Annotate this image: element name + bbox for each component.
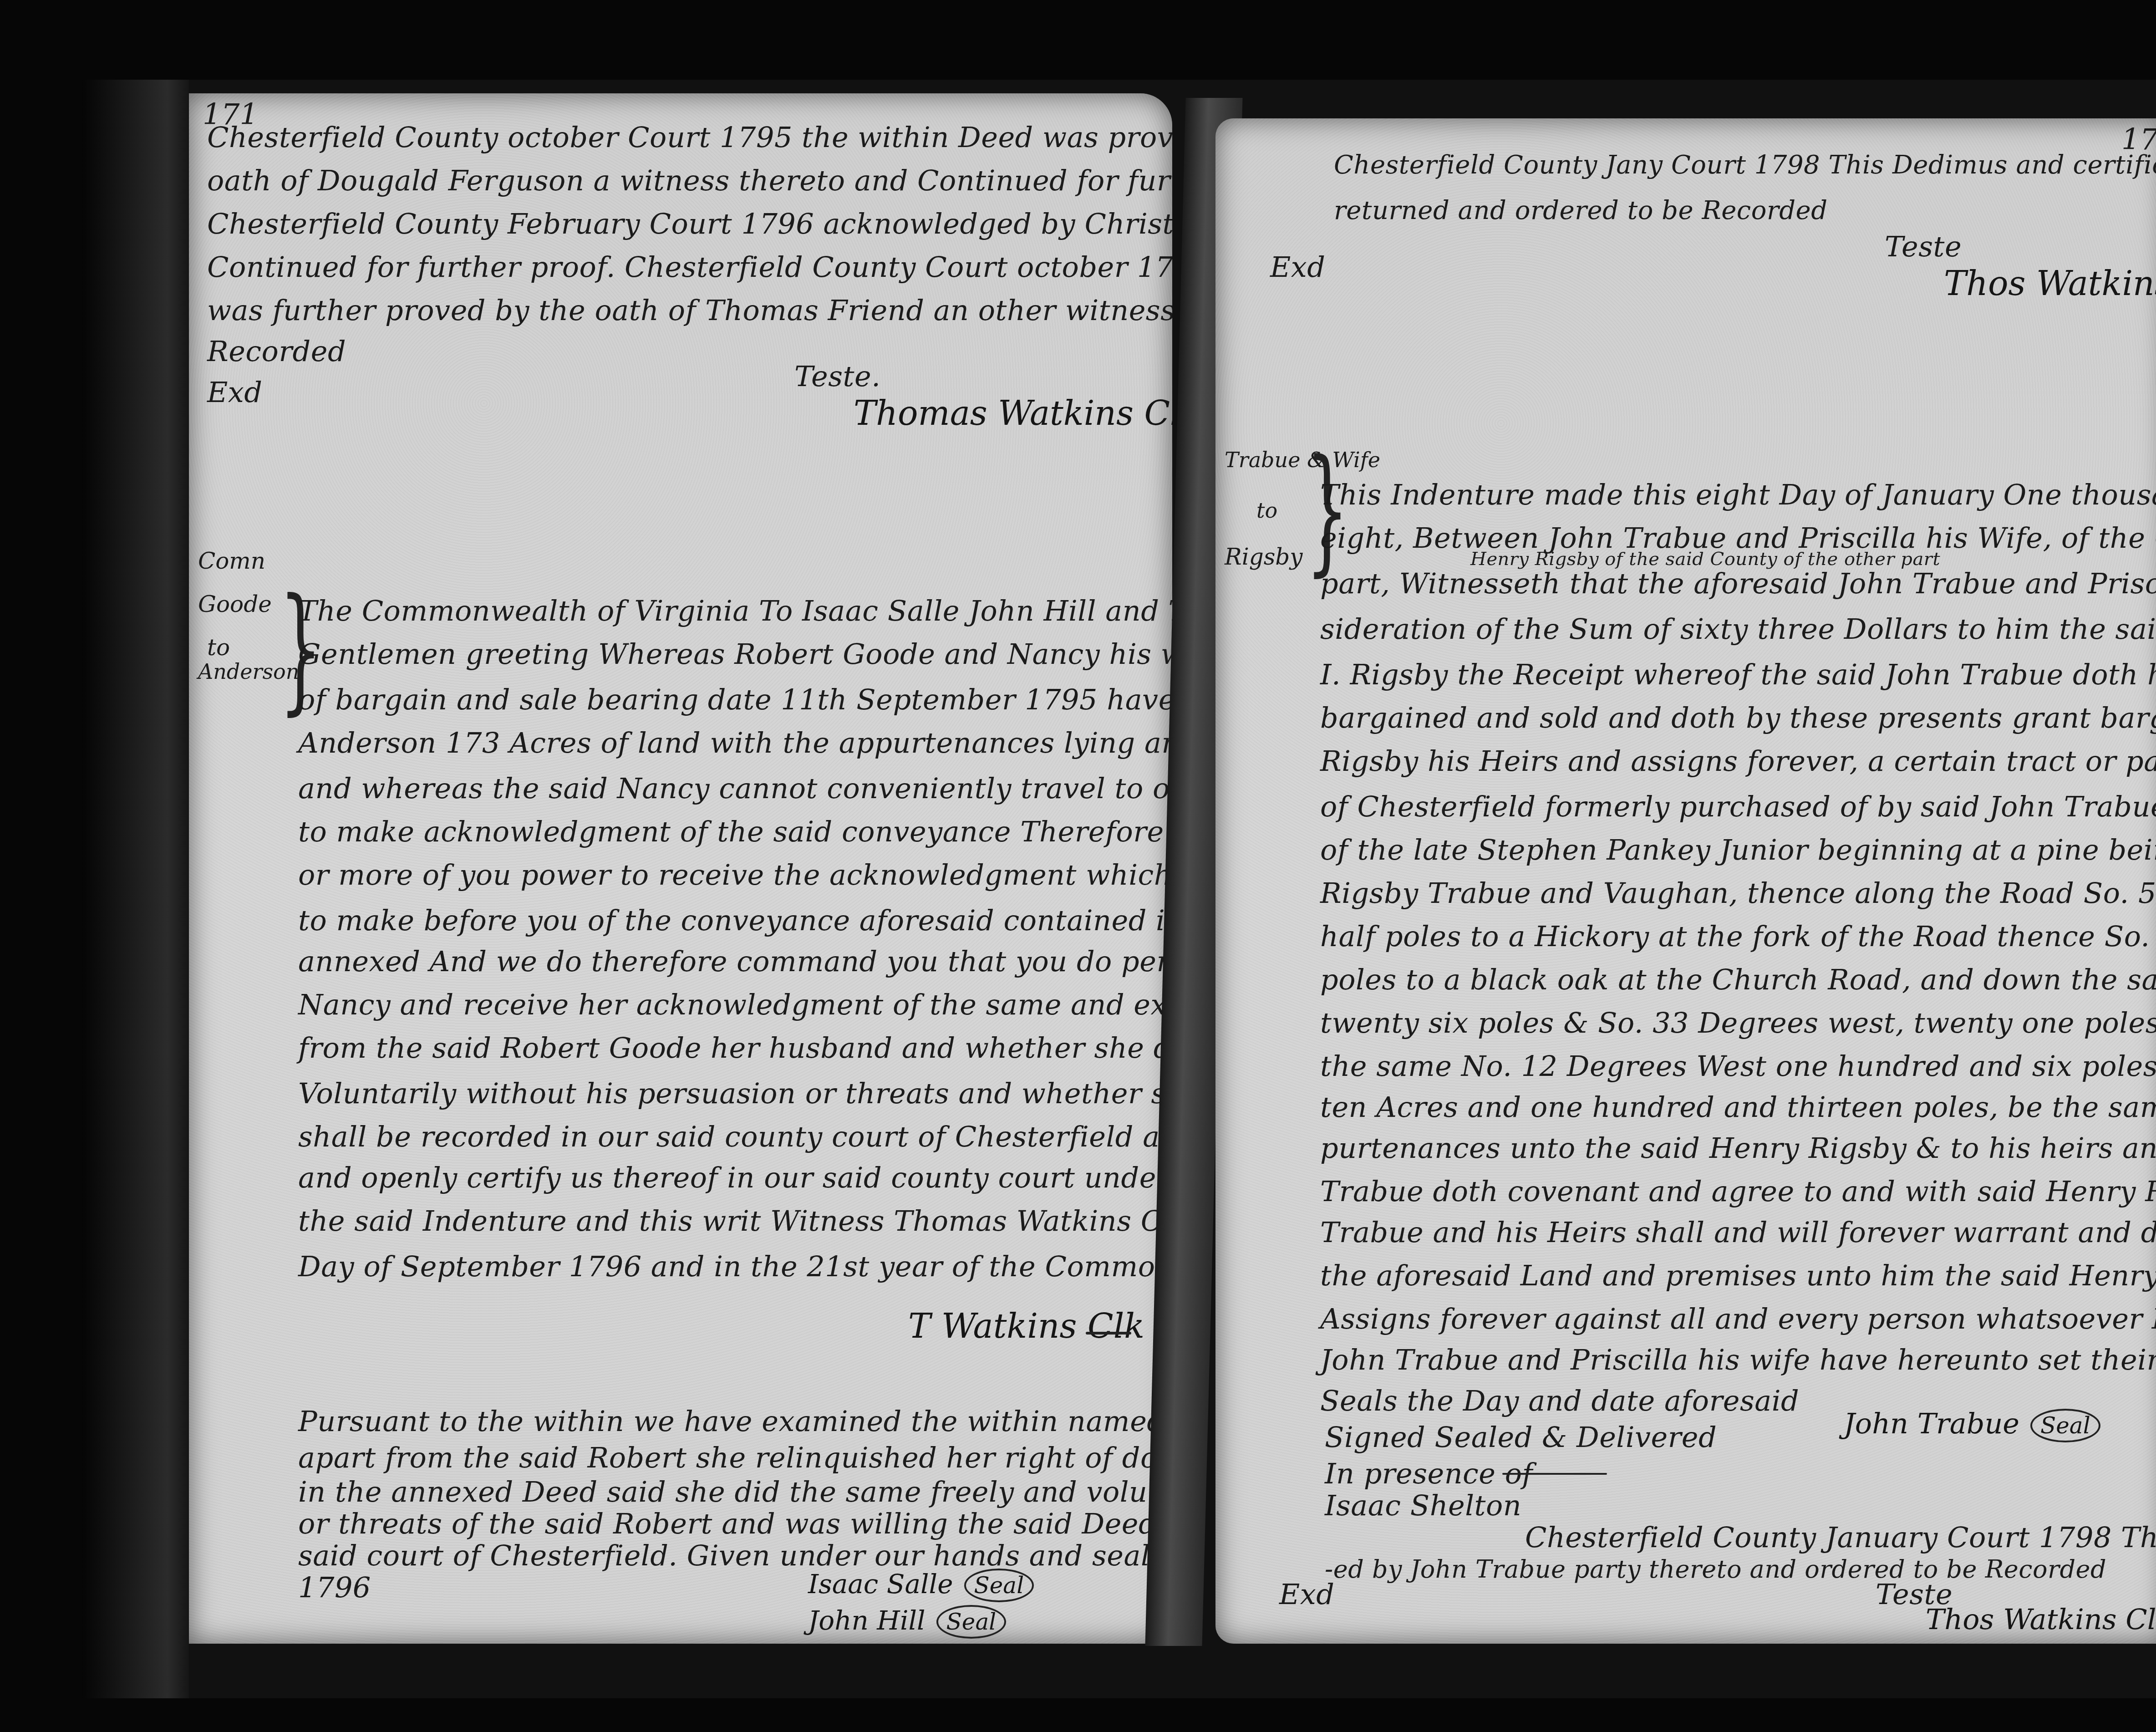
- text-line: to make acknowledgment of the said conve…: [298, 815, 1172, 848]
- text-line: This Indenture made this eight Day of Ja…: [1320, 478, 2156, 511]
- text-line: the aforesaid Land and premises unto him…: [1320, 1259, 2156, 1292]
- text-line: Rigsby his Heirs and assigns forever, a …: [1320, 744, 2156, 778]
- text-line: and whereas the said Nancy cannot conven…: [298, 772, 1172, 805]
- text-line: Recorded: [207, 335, 346, 368]
- grantor-signature: John TrabueSeal: [1844, 1407, 2100, 1442]
- text-line: oath of Dougald Ferguson a witness there…: [207, 164, 1172, 197]
- text-line: twenty six poles & So. 33 Degrees west, …: [1320, 1006, 2156, 1039]
- text-line: of bargain and sale bearing date 11th Se…: [298, 683, 1172, 716]
- text-line: half poles to a Hickory at the fork of t…: [1320, 920, 2156, 953]
- text-line: Chesterfield County January Court 1798 T…: [1525, 1521, 2156, 1554]
- right-page: 172 Chesterfield County Jany Court 1798 …: [1215, 118, 2156, 1644]
- witness-name: Isaac Shelton: [1325, 1489, 1521, 1522]
- text-line: Nancy and receive her acknowledgment of …: [298, 988, 1172, 1021]
- text-line: The Commonwealth of Virginia To Isaac Sa…: [298, 594, 1172, 627]
- text-line: Chesterfield County Jany Court 1798 This…: [1334, 150, 2156, 180]
- examined-mark: Exd: [1270, 250, 1325, 284]
- clerk-signature: Thomas Watkins Clk: [854, 394, 1172, 433]
- text-line: Day of September 1796 and in the 21st ye…: [298, 1250, 1172, 1283]
- text-line: or threats of the said Robert and was wi…: [298, 1507, 1172, 1540]
- text-line: Signed Sealed & Delivered: [1325, 1421, 1717, 1454]
- text-line: I. Rigsby the Receipt whereof the said J…: [1320, 658, 2156, 691]
- text-line: in the annexed Deed said she did the sam…: [298, 1475, 1172, 1508]
- examined-mark: Exd: [207, 376, 262, 409]
- text-line: of the late Stephen Pankey Junior beginn…: [1320, 833, 2156, 866]
- left-page: 171 Chesterfield County october Court 17…: [189, 93, 1172, 1644]
- seal-icon: Seal: [964, 1569, 1034, 1602]
- text-line: bargained and sold and doth by these pre…: [1320, 701, 2156, 734]
- text-line: of Chesterfield formerly purchased of by…: [1320, 790, 2156, 823]
- commission-signature: T Watkins Clk: [908, 1307, 1144, 1346]
- teste-label: Teste: [1885, 230, 1962, 263]
- text-line: the said Indenture and this writ Witness…: [298, 1204, 1172, 1238]
- text-line: John Trabue and Priscilla his wife have …: [1320, 1343, 2156, 1376]
- seal-icon: Seal: [936, 1605, 1007, 1639]
- text-line: 1796: [298, 1571, 371, 1604]
- text-line: apart from the said Robert she relinquis…: [298, 1441, 1172, 1474]
- text-line: poles to a black oak at the Church Road,…: [1320, 963, 2156, 996]
- text-line: Anderson 173 Acres of land with the appu…: [298, 726, 1172, 759]
- teste-label: Teste.: [794, 360, 880, 393]
- text-line: returned and ordered to be Recorded: [1334, 196, 1828, 225]
- text-line: the same No. 12 Degrees West one hundred…: [1320, 1049, 2156, 1083]
- text-line: or more of you power to receive the ackn…: [298, 858, 1172, 891]
- open-deed-book: 171 Chesterfield County october Court 17…: [82, 80, 2156, 1698]
- text-line: sideration of the Sum of sixty three Dol…: [1320, 612, 2156, 646]
- text-line: to make before you of the conveyance afo…: [298, 904, 1172, 937]
- text-line: Assigns forever against all and every pe…: [1320, 1302, 2156, 1335]
- text-line: Rigsby Trabue and Vaughan, thence along …: [1320, 876, 2156, 910]
- text-line: shall be recorded in our said county cou…: [298, 1120, 1172, 1153]
- text-line: -ed by John Trabue party thereto and ord…: [1325, 1555, 2106, 1584]
- signatory-john-hill: John HillSeal: [808, 1605, 1006, 1639]
- text-line: Pursuant to the within we have examined …: [298, 1405, 1172, 1438]
- clerk-signature: Thos Watkins Clk: [1926, 1603, 2156, 1636]
- text-line: Voluntarily without his persuasion or th…: [298, 1077, 1172, 1110]
- text-line: from the said Robert Goode her husband a…: [298, 1031, 1172, 1065]
- examined-mark: Exd: [1279, 1578, 1334, 1611]
- text-line: Continued for further proof. Chesterfiel…: [207, 250, 1172, 284]
- text-line: purtenances unto the said Henry Rigsby &…: [1320, 1131, 2156, 1165]
- text-line: was further proved by the oath of Thomas…: [207, 294, 1172, 327]
- text-line: Chesterfield County February Court 1796 …: [207, 207, 1172, 240]
- seal-icon: Seal: [2030, 1409, 2100, 1442]
- text-line: Trabue doth covenant and agree to and wi…: [1320, 1175, 2156, 1208]
- signatory-isaac-salle: Isaac SalleSeal: [808, 1569, 1034, 1602]
- text-line: In presence of: [1325, 1457, 1533, 1490]
- text-line: said court of Chesterfield. Given under …: [298, 1539, 1172, 1572]
- text-line: part, Witnesseth that the aforesaid John…: [1320, 567, 2156, 600]
- text-line: Trabue and his Heirs shall and will fore…: [1320, 1216, 2156, 1249]
- text-line: ten Acres and one hundred and thirteen p…: [1320, 1090, 2156, 1124]
- text-line: Seals the Day and date aforesaid: [1320, 1384, 1799, 1417]
- book-edge-left: [82, 80, 189, 1698]
- text-line: Gentlemen greeting Whereas Robert Goode …: [298, 637, 1172, 671]
- text-line: and openly certify us thereof in our sai…: [298, 1161, 1172, 1194]
- text-line: Chesterfield County october Court 1795 t…: [207, 121, 1172, 154]
- clerk-signature: Thos Watkins Clk: [1944, 264, 2156, 303]
- text-line: annexed And we do therefore command you …: [298, 945, 1172, 978]
